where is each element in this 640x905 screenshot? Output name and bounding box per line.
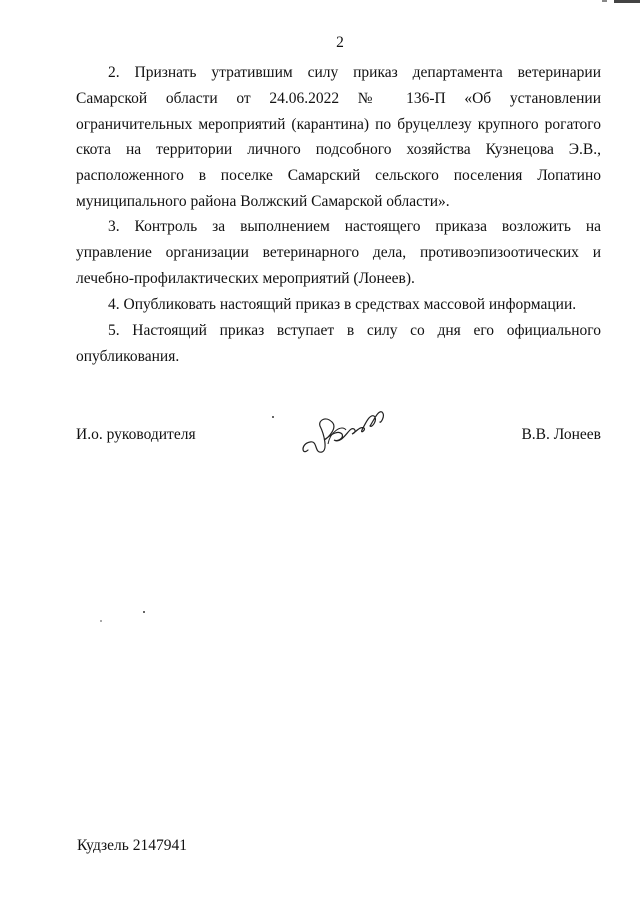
paragraph-2: 2. Признать утратившим силу приказ депар… (76, 60, 601, 215)
scan-edge-mark (602, 0, 607, 2)
signatory-title: И.о. руководителя (76, 426, 196, 444)
executor-note: Кудзель 2147941 (77, 837, 187, 855)
paragraph-3: 3. Контроль за выполнением настоящего пр… (76, 214, 601, 291)
scan-speck (272, 416, 274, 418)
scan-speck (100, 620, 102, 622)
scan-edge-mark (614, 0, 640, 3)
paragraph-4: 4. Опубликовать настоящий приказ в средс… (76, 292, 601, 318)
scan-speck (143, 611, 145, 613)
signatory-name: В.В. Лонеев (521, 426, 601, 444)
page-number: 2 (0, 34, 640, 52)
paragraph-5: 5. Настоящий приказ вступает в силу со д… (76, 318, 601, 370)
handwritten-signature-icon (298, 404, 408, 465)
